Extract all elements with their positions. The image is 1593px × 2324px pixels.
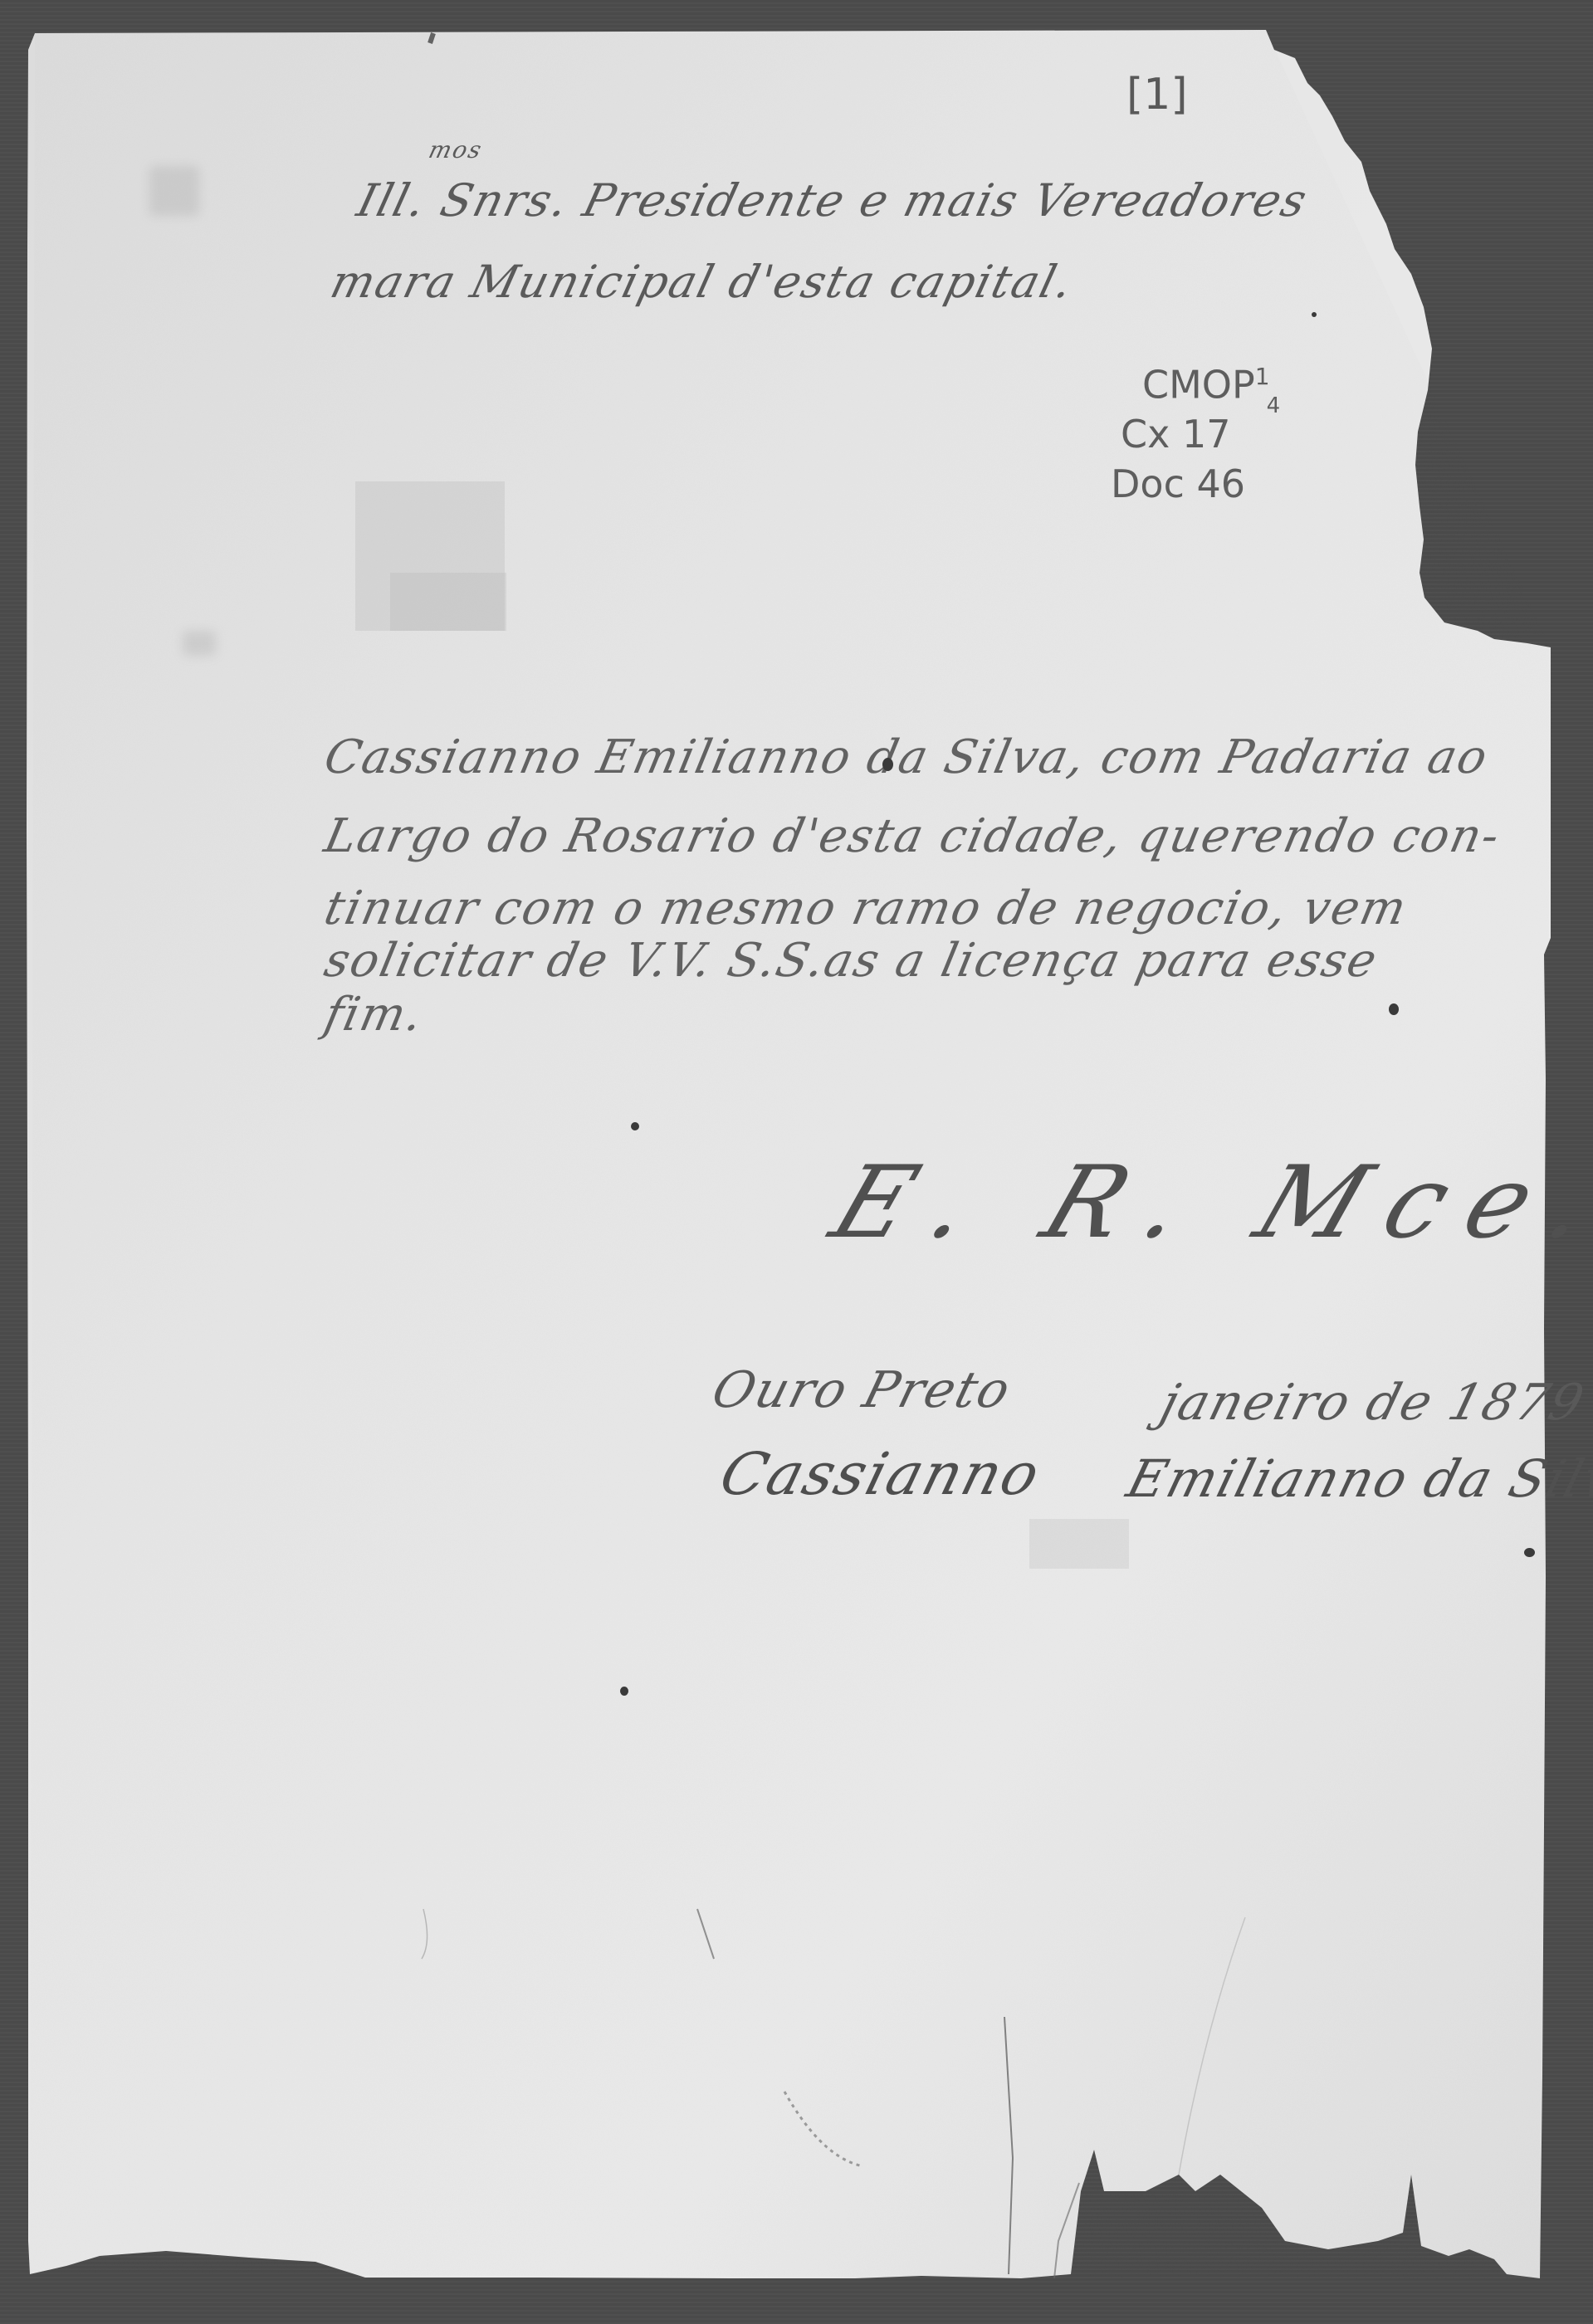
archive-fund-code: CMOP xyxy=(1142,362,1255,407)
body-line-4: solicitar de V.V. S.S.as a licença para … xyxy=(320,934,1383,988)
archive-fund-superscript: 1 xyxy=(1255,363,1270,390)
paper-stain xyxy=(149,166,199,216)
body-line-5: fim. xyxy=(320,988,428,1042)
archive-doc: Doc 46 xyxy=(1111,465,1245,503)
signature-rest: Emilianno da Silva xyxy=(1121,1448,1593,1509)
ink-blot xyxy=(620,1687,628,1696)
folio-number: [1] xyxy=(1126,73,1188,116)
salutation-line-2: mara Municipal d'esta capital. xyxy=(325,256,1079,308)
ink-blot xyxy=(631,1122,639,1130)
signature-first-name: Cassianno xyxy=(713,1440,1048,1508)
salutation-superscript: mos xyxy=(426,136,486,164)
body-line-2: Largo do Rosario d'esta cidade, querendo… xyxy=(320,809,1505,863)
ink-blot xyxy=(1389,1003,1399,1015)
date-text: janeiro de 1879 xyxy=(1155,1374,1591,1432)
manuscript-page: [1] mos Ill. Snrs. Presidente e mais Ver… xyxy=(0,0,1593,2324)
closing-abbreviation: E. R. Mce. xyxy=(818,1145,1593,1261)
archive-fund: CMOP14 xyxy=(1142,365,1283,403)
ink-speck xyxy=(1312,312,1317,317)
paper-stain xyxy=(183,631,216,656)
ink-blot xyxy=(1524,1548,1535,1557)
place-name: Ouro Preto xyxy=(706,1361,1018,1419)
archive-fund-subscript: 4 xyxy=(1267,393,1281,418)
salutation-line-1: mos Ill. Snrs. Presidente e mais Vereado… xyxy=(352,174,1313,227)
archive-box: Cx 17 xyxy=(1121,415,1231,453)
salutation-text-1: Ill. Snrs. Presidente e mais Vereadores xyxy=(352,174,1313,227)
body-line-1: Cassianno Emilianno da Silva, com Padari… xyxy=(320,730,1493,784)
body-line-3: tinuar com o mesmo ramo de negocio, vem xyxy=(320,881,1412,935)
ink-blot xyxy=(882,758,893,771)
